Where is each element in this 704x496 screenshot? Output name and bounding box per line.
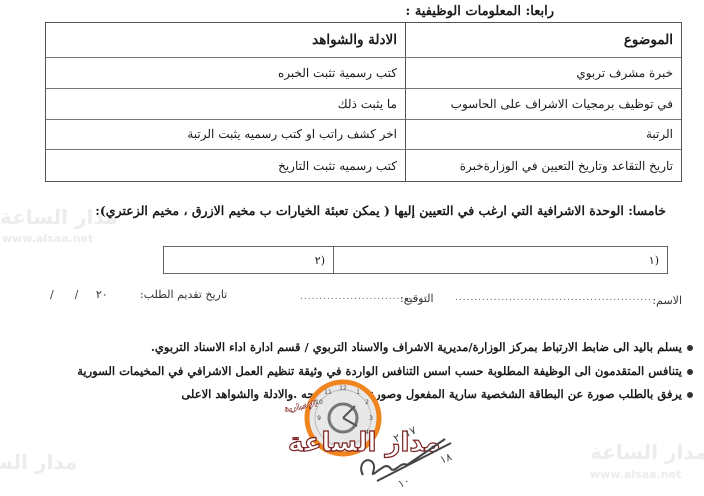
section-4-title: رابعا: المعلومات الوظيفية : <box>406 4 554 19</box>
svg-text:2: 2 <box>365 399 369 406</box>
job-info-table: الادلة والشواهد الموضوع كتب رسمية تثبت ا… <box>45 22 682 182</box>
option-1-field[interactable]: (١ <box>334 247 667 273</box>
option-2-field[interactable]: (٢ <box>164 247 334 273</box>
date-field[interactable]: / / ٢٠ <box>50 288 108 301</box>
header-evidence: الادلة والشواهد <box>46 23 406 58</box>
bullet-icon <box>687 369 693 375</box>
svg-text:12: 12 <box>339 385 347 392</box>
signature-field[interactable]: .................................. <box>300 292 431 302</box>
section-5-title: خامسا: الوحدة الاشرافية التي ارغب في الت… <box>95 203 666 218</box>
table-cell-subject: الرتبة <box>406 120 681 151</box>
table-cell-evidence: ما يثبت ذلك <box>46 89 406 120</box>
bullet-icon <box>687 345 693 351</box>
list-item: يتنافس المتقدمون الى الوظيفة المطلوبة حس… <box>142 360 682 384</box>
watermark-url-right: www.alsaa.net <box>590 468 681 481</box>
supervisory-unit-options: (٢ (١ <box>163 246 668 274</box>
svg-text:1: 1 <box>356 389 360 396</box>
svg-text:3: 3 <box>369 415 373 422</box>
table-cell-subject: خبرة مشرف تربوي <box>406 58 681 89</box>
watermark-brand-right: مدار الساعة <box>590 440 704 464</box>
watermark-brand-bottom-left: مدار الساعة <box>0 450 77 474</box>
list-item: يرفق بالطلب صورة عن البطاقة الشخصية ساري… <box>142 383 682 407</box>
name-field[interactable]: ........................................… <box>455 293 652 303</box>
list-item: يسلم باليد الى ضابط الارتباط بمركز الوزا… <box>142 336 682 360</box>
svg-text:11: 11 <box>324 389 332 396</box>
watermark-url-left: www.alsaa.net <box>2 232 93 245</box>
name-label: الاسم: <box>652 294 682 307</box>
table-cell-evidence: اخر كشف راتب او كتب رسميه يثبت الرتبة <box>46 120 406 151</box>
bullet-icon <box>687 392 693 398</box>
notes-list: يسلم باليد الى ضابط الارتباط بمركز الوزا… <box>142 336 682 407</box>
header-subject: الموضوع <box>406 23 681 58</box>
table-cell-evidence: كتب رسميه تثبت التاريخ <box>46 150 406 181</box>
table-cell-subject: تاريخ التقاعد وتاريخ التعيين في الوزارةخ… <box>406 150 681 181</box>
table-cell-subject: في توظيف برمجيات الاشراف على الحاسوب <box>406 89 681 120</box>
table-cell-evidence: كتب رسمية تثبت الخبره <box>46 58 406 89</box>
svg-text:9: 9 <box>317 415 321 422</box>
date-label: تاريخ تقديم الطلب: <box>140 288 227 301</box>
